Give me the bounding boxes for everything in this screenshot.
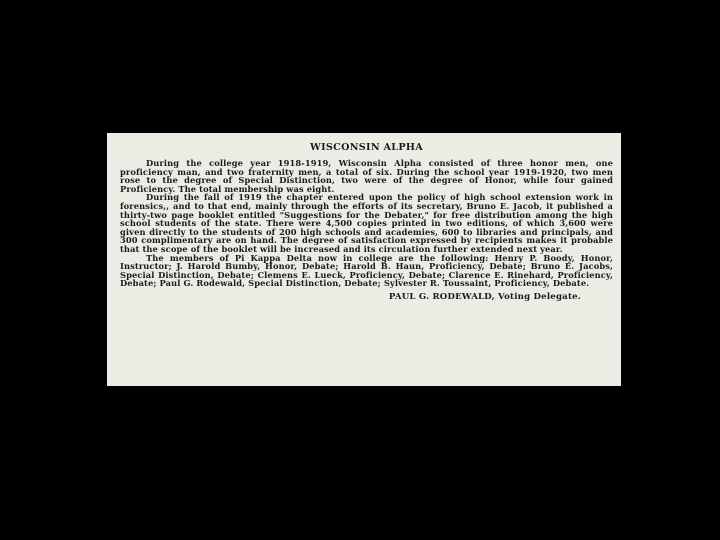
section-title: WISCONSIN ALPHA: [120, 142, 613, 153]
paragraph-membership: During the college year 1918-1919, Wisco…: [120, 159, 613, 193]
document-page: WISCONSIN ALPHA During the college year …: [107, 133, 621, 386]
paragraph-members-list: The members of Pi Kappa Delta now in col…: [120, 254, 613, 288]
paragraph-extension-work: During the fall of 1919 the chapter ente…: [120, 193, 613, 253]
signature: PAUL G. RODEWALD, Voting Delegate.: [120, 292, 581, 302]
